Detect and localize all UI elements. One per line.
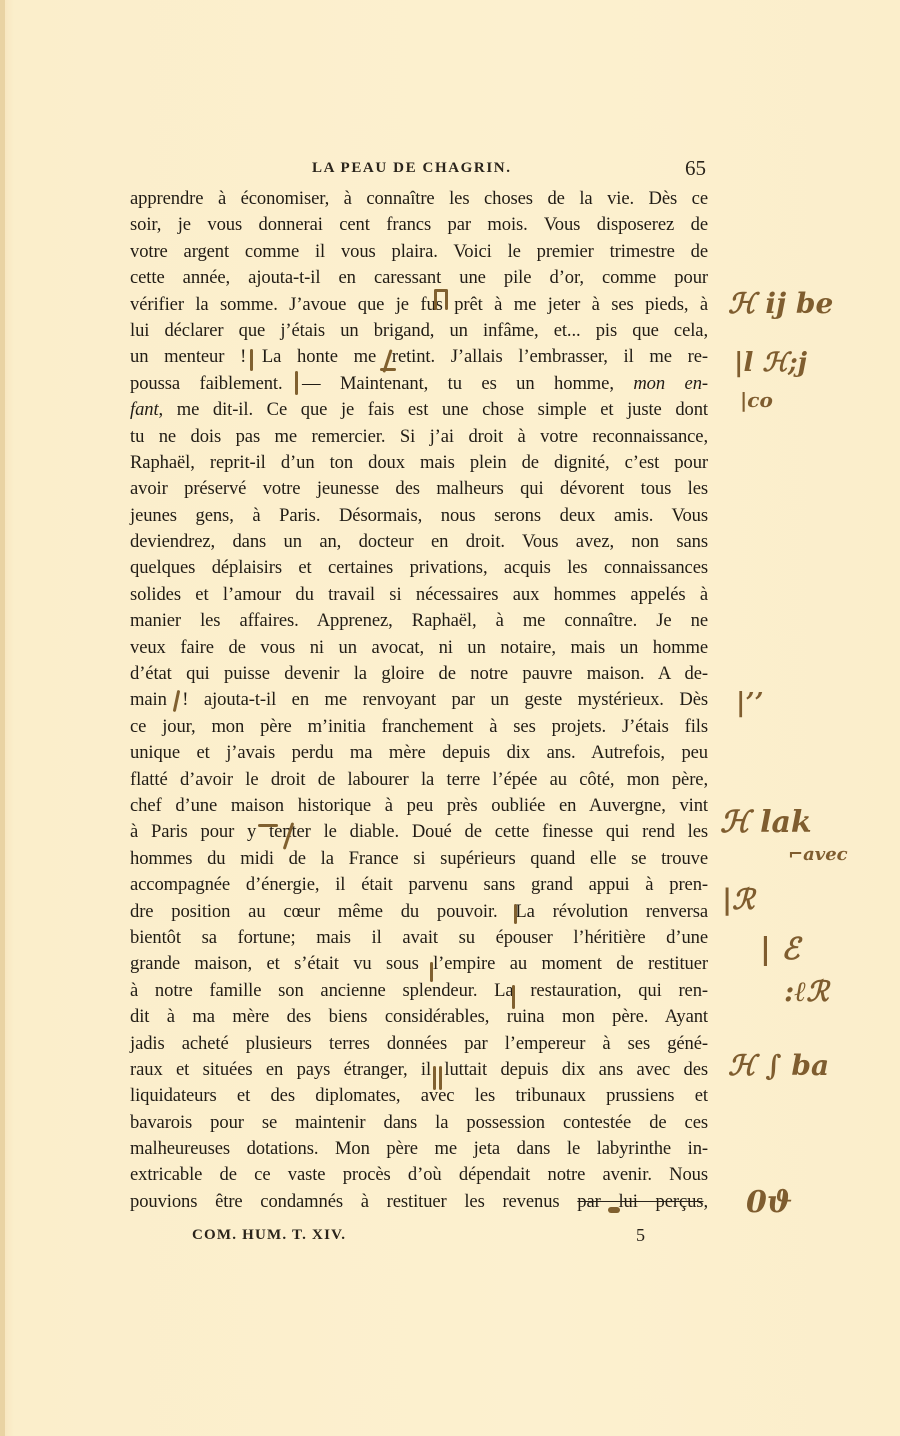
signature-number: 5 (636, 1225, 645, 1246)
proof-mark (512, 985, 515, 1009)
page-binding-edge (0, 0, 5, 1436)
italic-run: mon en- (633, 373, 708, 394)
proof-mark (380, 368, 396, 371)
margin-annotation: |l ℋ;j (734, 350, 807, 376)
margin-annotation: ⌐avec (788, 846, 848, 864)
text-line: accompagnée d’énergie, il était parvenu … (130, 872, 708, 898)
text-line: un menteur ! La honte me retint. J’allai… (130, 344, 708, 370)
text-run: , me dit-il. Ce que je fais est une chos… (159, 399, 708, 420)
text-line: deviendrez, dans un an, docteur en droit… (130, 529, 708, 555)
text-line: jeunes gens, à Paris. Désormais, nous se… (130, 503, 708, 529)
margin-annotation: |’’ (736, 690, 764, 716)
proof-mark (295, 371, 298, 395)
text-line: grande maison, et s’était vu sous l’empi… (130, 951, 708, 977)
text-line: pouvions être condamnés à restituer les … (130, 1189, 708, 1215)
margin-annotation: | ℰ (760, 935, 800, 965)
running-title: LA PEAU DE CHAGRIN. (312, 160, 512, 177)
text-line: bavarois pour se maintenir dans la posse… (130, 1110, 708, 1136)
proof-mark (445, 290, 448, 310)
text-line: main ! ajouta-t-il en me renvoyant par u… (130, 687, 708, 713)
text-line: d’état qui puisse devenir la gloire de n… (130, 661, 708, 687)
signature-line: COM. HUM. T. XIV. 5 (130, 1225, 708, 1249)
text-line: cette année, ajouta-t-il en caressant un… (130, 265, 708, 291)
proof-mark (514, 904, 517, 924)
text-line: ce jour, mon père m’initia franchement à… (130, 714, 708, 740)
text-line: manier les affaires. Apprenez, Raphaël, … (130, 608, 708, 634)
text-line: tu ne dois pas me remercier. Si j’ai dro… (130, 424, 708, 450)
text-line: dit à ma mère des biens considérables, r… (130, 1004, 708, 1030)
italic-run: fant (130, 399, 159, 420)
text-line: Raphaël, reprit-il d’un ton doux mais pl… (130, 450, 708, 476)
page-number: 65 (685, 156, 706, 181)
margin-annotation: ℋ ∫ ba (728, 1052, 829, 1080)
text-line: soir, je vous donnerai cent francs par m… (130, 212, 708, 238)
deleted-text: par lui perçus (577, 1191, 703, 1212)
text-line: à Paris pour y tenter le diable. Doué de… (130, 819, 708, 845)
proof-mark (439, 1066, 442, 1090)
text-line: bientôt sa fortune; mais il avait su épo… (130, 925, 708, 951)
text-line: apprendre à économiser, à connaître les … (130, 186, 708, 212)
proof-mark (608, 1207, 620, 1213)
margin-annotation: ℋ ij be (728, 290, 833, 318)
text-line: avoir préservé votre jeunesse des malheu… (130, 476, 708, 502)
text-run: pouvions être condamnés à restituer les … (130, 1191, 577, 1212)
text-line: flatté d’avoir le droit de labourer la t… (130, 767, 708, 793)
text-line: jadis acheté plusieurs terres données pa… (130, 1031, 708, 1057)
text-line: vérifier la somme. J’avoue que je fus pr… (130, 292, 708, 318)
text-line: unique et j’avais perdu ma mère depuis d… (130, 740, 708, 766)
text-line: quelques déplaisirs et certaines privati… (130, 555, 708, 581)
body-text: apprendre à économiser, à connaître les … (130, 186, 708, 1215)
text-line: raux et situées en pays étranger, il lut… (130, 1057, 708, 1083)
signature-label: COM. HUM. T. XIV. (192, 1227, 346, 1244)
text-line: liquidateurs et des diplomates, avec les… (130, 1083, 708, 1109)
margin-annotation: |co (740, 390, 773, 410)
text-line: solides et l’amour du travail si nécessa… (130, 582, 708, 608)
text-line: poussa faiblement. — Maintenant, tu es u… (130, 371, 708, 397)
text-line: lui déclarer que j’étais un brigand, un … (130, 318, 708, 344)
text-line: veux faire de vous ni un avocat, ni un n… (130, 635, 708, 661)
margin-annotation: :ℓℛ (784, 978, 829, 1006)
text-line: à notre famille son ancienne splendeur. … (130, 978, 708, 1004)
margin-annotation: ℋ lak (720, 808, 812, 838)
proof-mark (434, 290, 437, 310)
margin-annotation: |ℛ (722, 886, 755, 914)
text-line: malheureuses dotations. Mon père me jeta… (130, 1136, 708, 1162)
proof-mark (258, 824, 278, 827)
text-line: dre position au cœur même du pouvoir. La… (130, 899, 708, 925)
book-page: LA PEAU DE CHAGRIN. 65 apprendre à écono… (0, 0, 900, 1436)
text-line: fant, me dit-il. Ce que je fais est une … (130, 397, 708, 423)
text-run: , (703, 1191, 708, 1212)
running-head: LA PEAU DE CHAGRIN. 65 (130, 156, 708, 182)
proof-mark (250, 349, 253, 371)
text-run: poussa faiblement. — Maintenant, tu es u… (130, 373, 633, 394)
margin-annotation: 0ϑ (746, 1188, 792, 1218)
proof-mark (430, 962, 433, 982)
text-line: chef d’une maison historique à peu près … (130, 793, 708, 819)
proof-mark (433, 1066, 436, 1090)
text-line: hommes du midi de la France si supérieur… (130, 846, 708, 872)
text-line: extricable de ce vaste procès d’où dépen… (130, 1162, 708, 1188)
text-line: votre argent comme il vous plaira. Voici… (130, 239, 708, 265)
